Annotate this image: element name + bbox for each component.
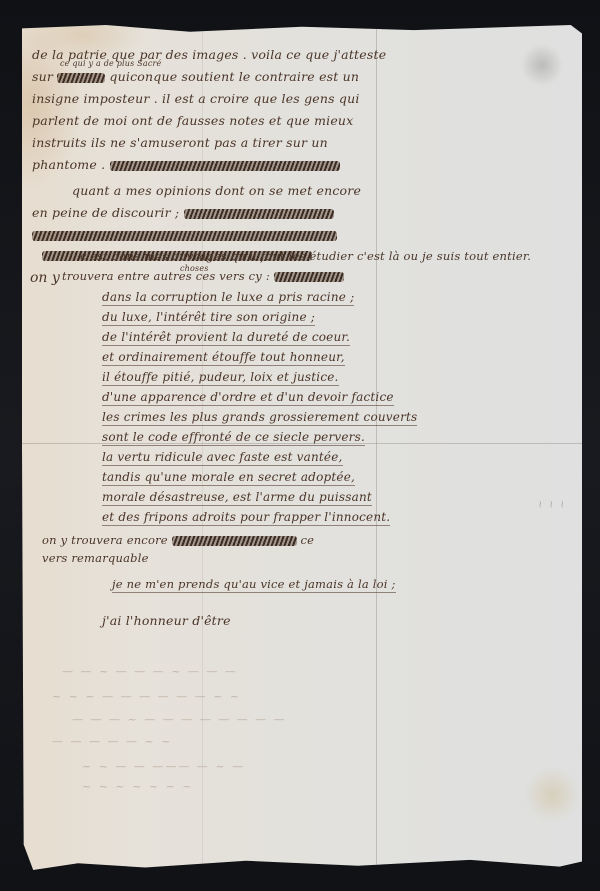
prose-line-4: parlent de moi ont de fausses notes et q… xyxy=(32,113,353,128)
prose-line-6: phantome . xyxy=(32,157,340,172)
manuscript-page: de la patrie que par des images . voila … xyxy=(22,25,582,870)
margin-mark: on y xyxy=(30,270,60,286)
pencil-margin-note: ~ ~ ~ xyxy=(534,500,567,515)
verse-line-4: et ordinairement étouffe tout honneur, xyxy=(102,350,345,366)
works-line-1: c'est dans mes ouvrages qu'il faut les é… xyxy=(80,249,531,263)
works-line-2: trouvera entre autres ces vers cy : xyxy=(62,269,344,283)
faded-text-line: — — — — — ~ ~ xyxy=(52,735,172,748)
interlinear-insertion: ce qui y a de plus Sacré xyxy=(60,59,161,68)
faded-text-line: ~ ~ — — ——— — ~ — xyxy=(82,760,245,773)
prose-line-3: insigne imposteur . il est a croire que … xyxy=(32,91,360,106)
verse-line-8: sont le code effronté de ce siecle perve… xyxy=(102,430,365,446)
verse-block: dans la corruption le luxe a pris racine… xyxy=(102,290,392,550)
closing-line-2: vers remarquable xyxy=(42,551,149,565)
faded-text-line: ~ ~ ~ — — — — — — ~ ~ xyxy=(52,690,241,703)
verse-line-7: les crimes les plus grands grossierement… xyxy=(102,410,417,426)
faded-text-line: — — ~ — — — ~ — — — xyxy=(62,665,238,678)
struck-passage xyxy=(172,536,297,546)
faded-text-line: ~ ~ ~ ~ ~ ~ ~ xyxy=(82,780,194,793)
struck-passage xyxy=(184,209,334,219)
quoted-verse: je ne m'en prends qu'au vice et jamais à… xyxy=(112,577,396,593)
salutation: j'ai l'honneur d'être xyxy=(102,613,231,628)
closing-line-1: on y trouvera encore ce xyxy=(42,533,314,547)
verse-line-9: la vertu ridicule avec faste est vantée, xyxy=(102,450,343,466)
closing-block: on y trouvera encore ce vers remarquable… xyxy=(42,533,402,643)
faded-text-line: — — — ~ — — — — — — — — xyxy=(72,713,287,726)
struck-word xyxy=(274,272,344,282)
verse-line-10: tandis qu'une morale en secret adoptée, xyxy=(102,470,355,486)
verse-line-11: morale désastreuse, est l'arme du puissa… xyxy=(102,490,372,506)
verse-line-1: dans la corruption le luxe a pris racine… xyxy=(102,290,354,306)
verse-line-12: et des fripons adroits pour frapper l'in… xyxy=(102,510,390,526)
struck-passage xyxy=(110,161,340,171)
works-block: c'est dans mes ouvrages qu'il faut les é… xyxy=(62,249,542,293)
prose-line-2: sur quiconque soutient le contraire est … xyxy=(32,69,359,84)
verse-line-2: du luxe, l'intérêt tire son origine ; xyxy=(102,310,315,326)
verse-line-6: d'une apparence d'ordre et d'un devoir f… xyxy=(102,390,394,406)
verse-line-3: de l'intérêt provient la dureté de coeur… xyxy=(102,330,350,346)
struck-word xyxy=(57,73,105,83)
opinions-line-2: en peine de discourir ; xyxy=(32,205,334,220)
opinions-line-1: quant a mes opinions dont on se met enco… xyxy=(72,183,361,198)
prose-line-5: instruits ils ne s'amuseront pas a tirer… xyxy=(32,135,328,150)
verse-line-5: il étouffe pitié, pudeur, loix et justic… xyxy=(102,370,339,386)
struck-line xyxy=(32,227,337,242)
